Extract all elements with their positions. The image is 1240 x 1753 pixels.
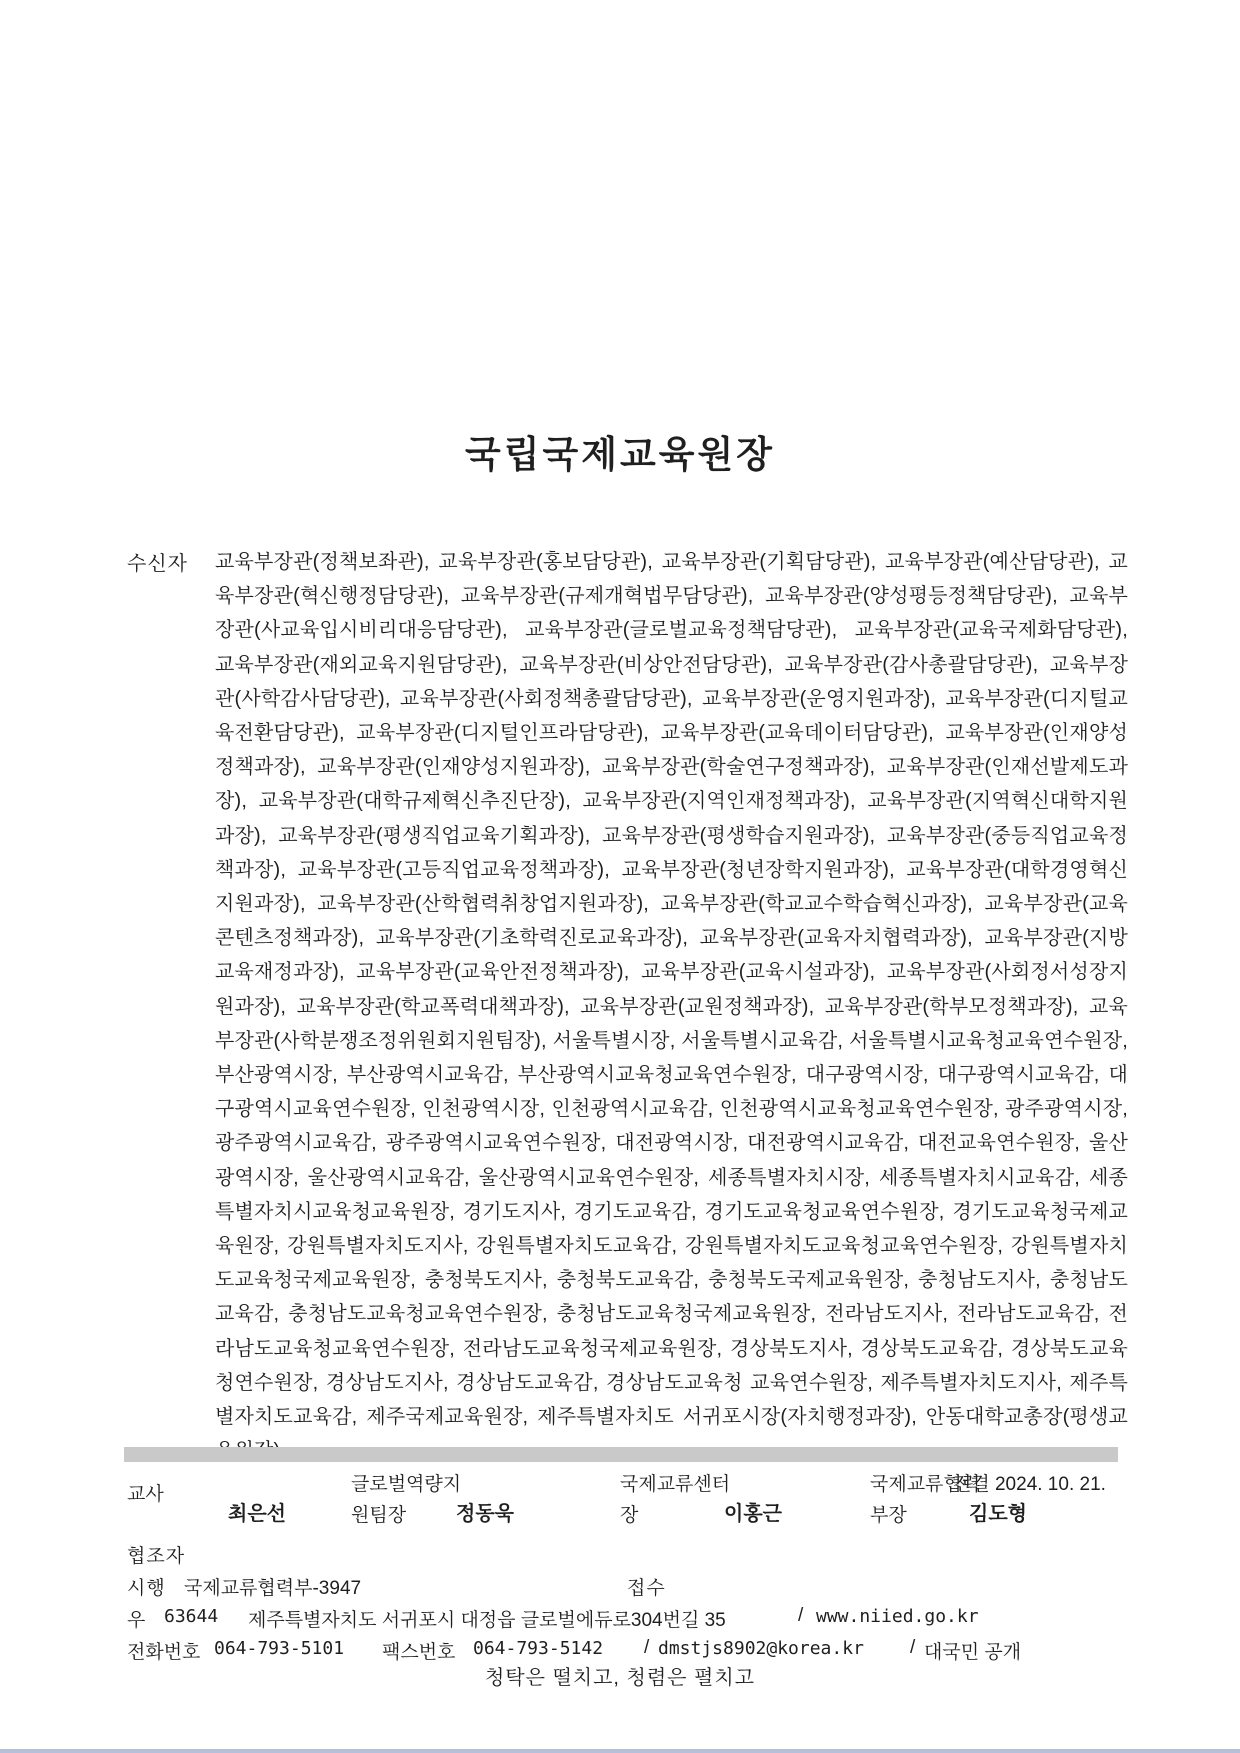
postal-label: 우 — [127, 1605, 145, 1632]
approval-team-leader-title-line1: 글로벌역량지 — [351, 1469, 461, 1496]
approval-drafter-title: 교사 — [127, 1479, 164, 1506]
email-separator: / — [644, 1637, 649, 1659]
recipients-label: 수신자 — [127, 547, 188, 576]
execution-label: 시행 — [127, 1573, 166, 1600]
fax-number: 064-793-5142 — [473, 1638, 603, 1659]
cooperator-label: 협조자 — [127, 1541, 185, 1568]
integrity-slogan: 청탁은 떨치고, 청렴은 펼치고 — [0, 1661, 1240, 1690]
fax-label: 팩스번호 — [382, 1637, 455, 1664]
approval-center-head-name: 이홍근 — [724, 1497, 782, 1526]
phone-label: 전화번호 — [127, 1637, 200, 1664]
approval-dept-head-name: 김도형 — [969, 1497, 1027, 1526]
approval-decision-date: 전결 2024. 10. 21. — [953, 1469, 1106, 1496]
disclosure-separator: / — [910, 1637, 915, 1659]
approval-center-head-title-line1: 국제교류센터 — [620, 1469, 730, 1496]
phone-number: 064-793-5101 — [214, 1638, 344, 1659]
recipients-list: 교육부장관(정책보좌관), 교육부장관(홍보담당관), 교육부장관(기획담당관)… — [215, 545, 1128, 1468]
approval-team-leader-name: 정동욱 — [456, 1497, 514, 1526]
website-url: www.niied.go.kr — [816, 1606, 979, 1627]
approval-team-leader-title-line2: 원팀장 — [351, 1500, 406, 1527]
execution-doc-number: 국제교류협력부-3947 — [184, 1573, 361, 1600]
address-separator: / — [798, 1605, 803, 1627]
approval-divider-bar — [124, 1447, 1118, 1462]
disclosure-level: 대국민 공개 — [924, 1637, 1021, 1664]
street-address: 제주특별자치도 서귀포시 대정읍 글로벌에듀로304번길 35 — [248, 1605, 726, 1632]
approval-drafter-name: 최은선 — [228, 1497, 286, 1526]
official-document-page: 국립국제교육원장 수신자 교육부장관(정책보좌관), 교육부장관(홍보담당관),… — [0, 0, 1240, 1753]
document-title: 국립국제교육원장 — [0, 424, 1240, 478]
bottom-accent-line — [0, 1749, 1240, 1753]
approval-dept-head-title-line2: 부장 — [870, 1500, 907, 1527]
approval-center-head-title-line2: 장 — [620, 1500, 638, 1527]
postal-code: 63644 — [164, 1606, 218, 1627]
receipt-label: 접수 — [627, 1573, 666, 1600]
email-address: dmstjs8902@korea.kr — [658, 1638, 864, 1659]
